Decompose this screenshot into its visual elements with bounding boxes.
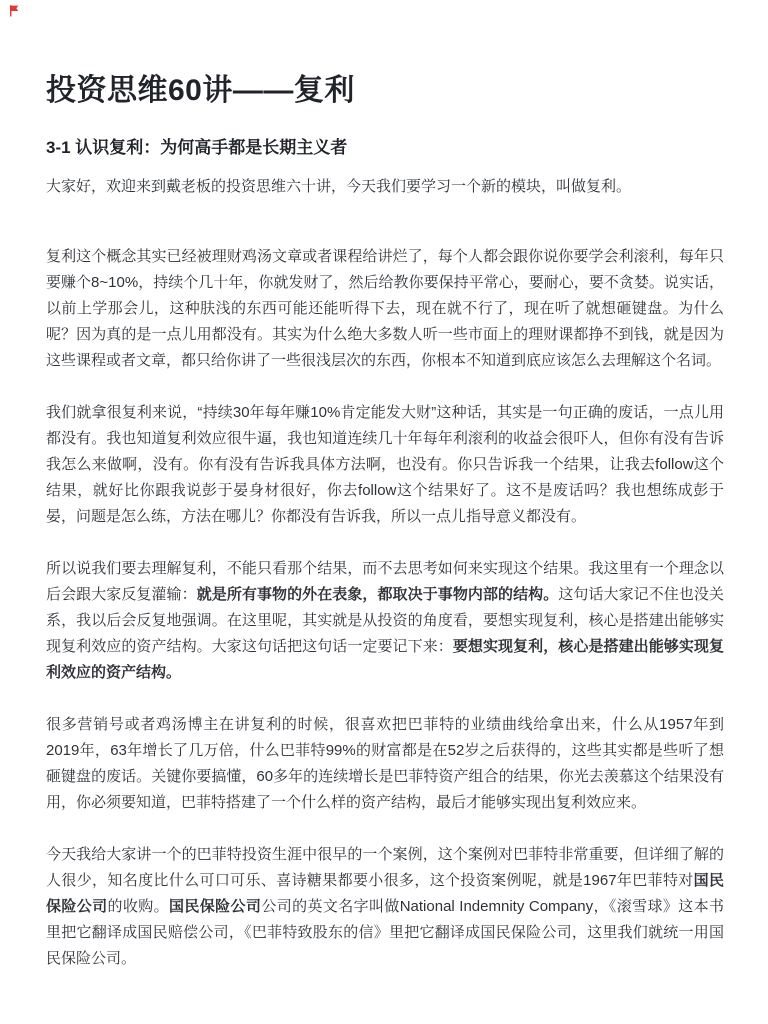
text-run-bold: 国民保险公司: [169, 898, 261, 915]
paragraph-concept-ruined: 复利这个概念其实已经被理财鸡汤文章或者课程给讲烂了，每个人都会跟你说你要学会利滚…: [46, 244, 724, 374]
document-content: 投资思维60讲——复利 3-1 认识复利：为何高手都是长期主义者 大家好，欢迎来…: [0, 0, 768, 972]
text-run: 的收购。: [108, 898, 170, 915]
paragraph-national-indemnity: 今天我给大家讲一个的巴菲特投资生涯中很早的一个案例，这个案例对巴菲特非常重要，但…: [46, 842, 724, 972]
text-run: 很多营销号或者鸡汤博主在讲复利的时候，很喜欢把巴菲特的业绩曲线给拿出来，什么从1…: [46, 716, 724, 811]
section-heading: 3-1 认识复利：为何高手都是长期主义者: [46, 136, 724, 160]
paragraph-buffett-curve: 很多营销号或者鸡汤博主在讲复利的时候，很喜欢把巴菲特的业绩曲线给拿出来，什么从1…: [46, 712, 724, 816]
paragraph-intro: 大家好，欢迎来到戴老板的投资思维六十讲，今天我们要学习一个新的模块，叫做复利。: [46, 174, 724, 200]
paragraph-useless-cliche: 我们就拿很复利来说，“持续30年每年赚10%肯定能发大财”这种话，其实是一句正确…: [46, 400, 724, 530]
text-run: 复利这个概念其实已经被理财鸡汤文章或者课程给讲烂了，每个人都会跟你说你要学会利滚…: [46, 248, 724, 369]
text-run: 大家好，欢迎来到戴老板的投资思维六十讲，今天我们要学习一个新的模块，叫做复利。: [46, 178, 631, 195]
text-run: 今天我给大家讲一个的巴菲特投资生涯中很早的一个案例，这个案例对巴菲特非常重要，但…: [46, 846, 724, 889]
paragraph-core-idea: 所以说我们要去理解复利，不能只看那个结果，而不去思考如何来实现这个结果。我这里有…: [46, 556, 724, 686]
document-title: 投资思维60讲——复利: [46, 72, 724, 110]
text-run-bold: 就是所有事物的外在表象，都取决于事物内部的结构。: [197, 586, 559, 603]
red-flag-icon: [8, 4, 21, 17]
document-page: 投资思维60讲——复利 3-1 认识复利：为何高手都是长期主义者 大家好，欢迎来…: [0, 0, 768, 1024]
text-run: 我们就拿很复利来说，“持续30年每年赚10%肯定能发大财”这种话，其实是一句正确…: [46, 404, 724, 525]
